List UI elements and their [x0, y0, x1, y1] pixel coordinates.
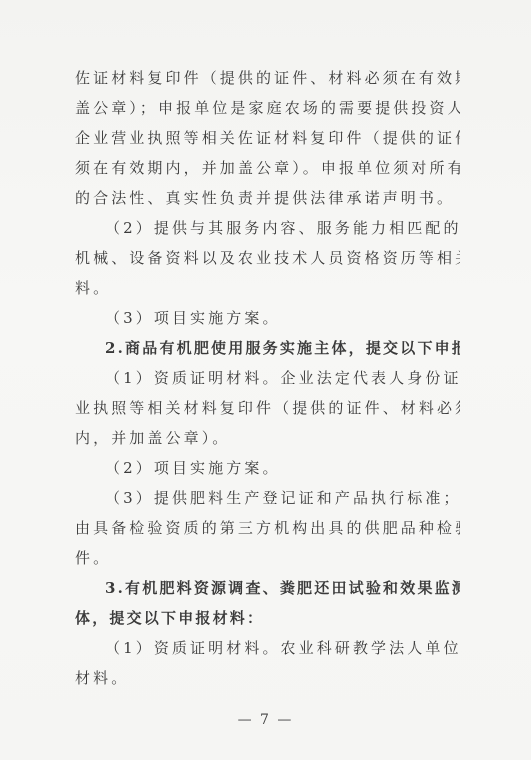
section-heading-3: 3.有机肥料资源调查、粪肥还田试验和效果监测实施主	[75, 573, 460, 603]
paragraph-item-3: （3）提供肥料生产登记证和产品执行标准；提供近期	[75, 483, 460, 513]
section-heading-2: 2.商品有机肥使用服务实施主体，提交以下申报材料：	[75, 333, 460, 363]
text-line: 内，并加盖公章）。	[75, 423, 460, 453]
text-line: 材料。	[75, 663, 460, 693]
text-line: 盖公章）；申报单位是家庭农场的需要提供投资人身份证、	[75, 93, 460, 123]
text-line: 料。	[75, 273, 460, 303]
page-number: — 7 —	[0, 712, 531, 728]
text-line: 业执照等相关材料复印件（提供的证件、材料必须在有效期	[75, 393, 460, 423]
text-line: 机械、设备资料以及农业技术人员资格资历等相关证明材	[75, 243, 460, 273]
document-page: 佐证材料复印件（提供的证件、材料必须在有效期内，并加 盖公章）；申报单位是家庭农…	[0, 0, 531, 760]
paragraph-item-2: （2）提供与其服务内容、服务能力相匹配的专业农业	[75, 213, 460, 243]
text-line: 企业营业执照等相关佐证材料复印件（提供的证件、材料必	[75, 123, 460, 153]
section-heading-3-cont: 体，提交以下申报材料：	[75, 603, 460, 633]
text-line: 件。	[75, 543, 460, 573]
text-line: 由具备检验资质的第三方机构出具的供肥品种检验报告原	[75, 513, 460, 543]
document-body: 佐证材料复印件（提供的证件、材料必须在有效期内，并加 盖公章）；申报单位是家庭农…	[75, 63, 460, 693]
paragraph-item-2: （2）项目实施方案。	[75, 453, 460, 483]
text-line: 的合法性、真实性负责并提供法律承诺声明书。	[75, 183, 460, 213]
text-line: 须在有效期内，并加盖公章）。申报单位须对所有申报材料	[75, 153, 460, 183]
paragraph-item-3: （3）项目实施方案。	[75, 303, 460, 333]
paragraph-item-1: （1）资质证明材料。企业法定代表人身份证、企业营	[75, 363, 460, 393]
text-line: 佐证材料复印件（提供的证件、材料必须在有效期内，并加	[75, 63, 460, 93]
paragraph-item-1: （1）资质证明材料。农业科研教学法人单位资质证明	[75, 633, 460, 663]
